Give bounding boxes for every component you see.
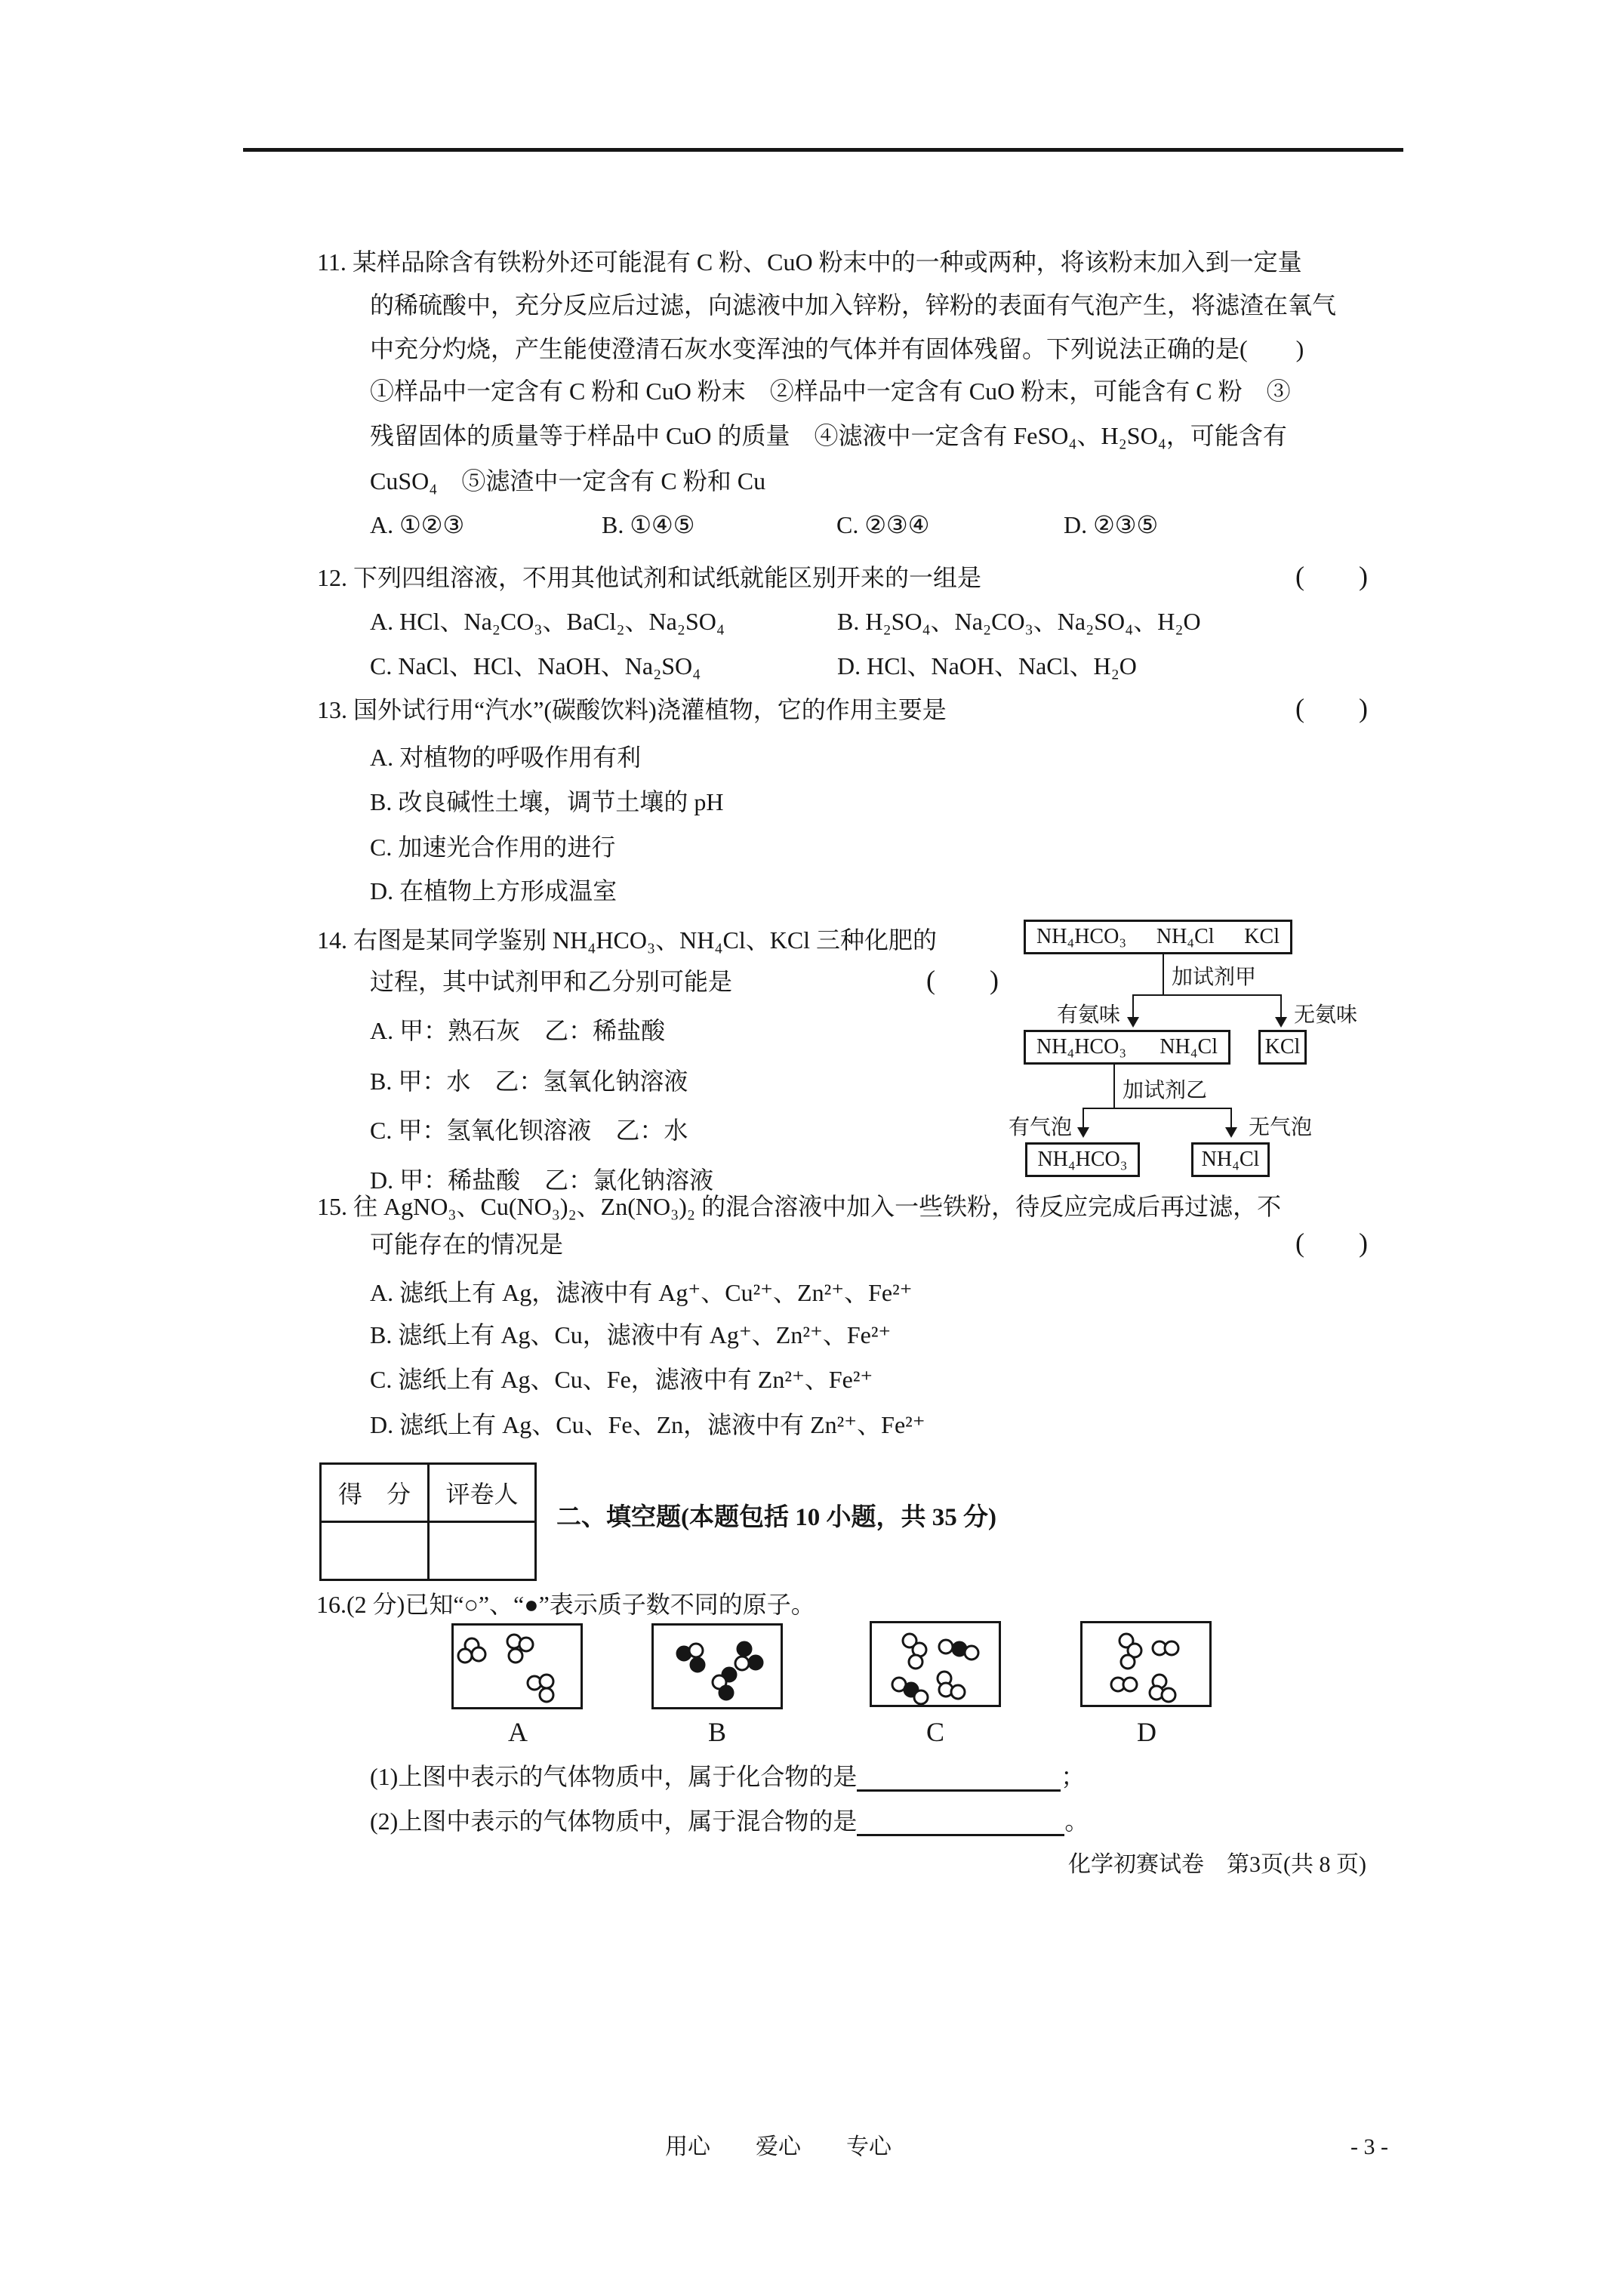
flowchart-top-formula-nh4cl: NH₄Cl [1156, 925, 1215, 949]
flowchart-branch1-left-arrow [1127, 1017, 1139, 1028]
q16-fill1-line: (1)上图中表示的气体物质中，属于化合物的是； [370, 1761, 1085, 1792]
flowchart-top-formula-kcl: KCl [1244, 925, 1280, 949]
q13-option-c: C. 加速光合作用的进行 [370, 832, 615, 862]
q16-diagram-box-b [651, 1623, 783, 1709]
flowchart-branch2-left-line [1083, 1109, 1084, 1129]
q13-option-b: B. 改良碱性土壤，调节土壤的 pH [370, 787, 723, 817]
flowchart-branch2-left-arrow [1077, 1127, 1089, 1138]
flowchart-mid-left-box: NH₄HCO₃ NH₄Cl [1024, 1030, 1230, 1065]
flowchart-mid-right-box: KCl [1258, 1030, 1307, 1065]
score-table-header-score: 得 分 [321, 1464, 429, 1522]
q16-diagram-label-a: A [508, 1716, 528, 1748]
flowchart-mid-formula-nh4hco3: NH₄HCO₃ [1036, 1035, 1126, 1059]
flowchart-label-reagent2: 加试剂乙 [1123, 1074, 1207, 1104]
q16-fill1-punct: ； [1061, 1763, 1085, 1790]
q15-stem-line1: 15. 往 AgNO₃、Cu(NO₃)₂、Zn(NO₃)₂ 的混合溶液中加入一些… [317, 1191, 1281, 1222]
flowchart-label-no-ammonia: 无氨味 [1294, 998, 1357, 1028]
q11-statement-line3: CuSO₄ ⑤滤渣中一定含有 C 粉和 Cu [370, 466, 765, 496]
section2-heading: 二、填空题(本题包括 10 小题，共 35 分) [556, 1502, 996, 1533]
q13-option-a: A. 对植物的呼吸作用有利 [370, 742, 641, 772]
score-table: 得 分 评卷人 [319, 1462, 537, 1581]
flowchart-branch2-right-arrow [1225, 1127, 1237, 1138]
flowchart-branch1-right-arrow [1275, 1017, 1287, 1028]
q14-option-c: C. 甲：氢氧化钡溶液 乙：水 [370, 1115, 688, 1145]
q11-statement-line1: ①样品中一定含有 C 粉和 CuO 粉末 ②样品中一定含有 CuO 粉末，可能含… [370, 376, 1291, 406]
q13-stem: 13. 国外试行用“汽水”(碳酸饮料)浇灌植物，它的作用主要是 [317, 695, 947, 725]
q11-option-b: B. ①④⑤ [602, 510, 694, 540]
flowchart-label-no-bubbles: 无气泡 [1249, 1111, 1312, 1141]
q15-option-a: A. 滤纸上有 Ag，滤液中有 Ag⁺、Cu²⁺、Zn²⁺、Fe²⁺ [370, 1277, 913, 1308]
q11-option-c: C. ②③④ [836, 510, 929, 540]
q16-diagram-label-d: D [1137, 1716, 1156, 1748]
footer-motto: 用心 爱心 专心 [665, 2132, 892, 2162]
q16-diagram-box-d [1080, 1621, 1212, 1707]
q14-option-a: A. 甲：熟石灰 乙：稀盐酸 [370, 1015, 665, 1046]
flowchart-branch1-right-line [1280, 996, 1282, 1019]
flowchart-top-box: NH₄HCO₃ NH₄Cl KCl [1024, 920, 1292, 954]
q14-flowchart: NH₄HCO₃ NH₄Cl KCl 加试剂甲 有氨味 无氨味 NH₄HCO₃ N… [1024, 920, 1326, 1180]
flowchart-label-reagent1: 加试剂甲 [1172, 960, 1256, 991]
q14-option-d: D. 甲：稀盐酸 乙：氯化钠溶液 [370, 1165, 713, 1195]
exam-page: 11. 某样品除含有铁粉外还可能混有 C 粉、CuO 粉末中的一种或两种，将该粉… [0, 0, 1623, 2296]
q12-stem: 12. 下列四组溶液，不用其他试剂和试纸就能区别开来的一组是 [317, 562, 981, 593]
q11-stem-line3: 中充分灼烧，产生能使澄清石灰水变浑浊的气体并有固体残留。下列说法正确的是( ) [370, 334, 1304, 364]
q16-fill2-punct: 。 [1064, 1808, 1089, 1835]
q11-option-a: A. ①②③ [370, 510, 464, 540]
q11-stem-line2: 的稀硫酸中，充分反应后过滤，向滤液中加入锌粉，锌粉的表面有气泡产生，将滤渣在氧气 [370, 290, 1336, 320]
q11-stem-line1: 11. 某样品除含有铁粉外还可能混有 C 粉、CuO 粉末中的一种或两种，将该粉… [317, 247, 1302, 277]
flowchart-split-line2 [1083, 1108, 1232, 1109]
q14-option-b: B. 甲：水 乙：氢氧化钠溶液 [370, 1066, 688, 1096]
q16-diagram-box-a [451, 1623, 583, 1709]
score-table-cell-grader [429, 1522, 536, 1580]
q11-statement-line2: 残留固体的质量等于样品中 CuO 的质量 ④滤液中一定含有 FeSO₄、H₂SO… [370, 421, 1287, 451]
flowchart-label-has-bubbles: 有气泡 [1009, 1111, 1072, 1141]
q16-fill2-text: (2)上图中表示的气体物质中，属于混合物的是 [370, 1808, 857, 1835]
score-table-header-grader: 评卷人 [429, 1464, 536, 1522]
q16-intro: 16.(2 分)已知“○”、“●”表示质子数不同的原子。 [316, 1589, 815, 1620]
q16-diagram-box-c [870, 1621, 1001, 1707]
q14-stem-line2: 过程，其中试剂甲和乙分别可能是 [370, 966, 732, 997]
q12-option-a: A. HCl、Na₂CO₃、BaCl₂、Na₂SO₄ [370, 606, 725, 636]
q16-fill2-blank [857, 1807, 1064, 1836]
flowchart-connector2 [1113, 1065, 1115, 1108]
page-label: 化学初赛试卷 第3页(共 8 页) [1068, 1850, 1366, 1880]
flowchart-connector [1163, 954, 1164, 994]
footer-page-number: - 3 - [1350, 2132, 1388, 2162]
flowchart-branch1-left-line [1132, 996, 1134, 1019]
flowchart-bottom-right-box: NH₄Cl [1191, 1142, 1270, 1177]
q14-answer-paren: ( ) [926, 965, 999, 995]
q16-fill2-line: (2)上图中表示的气体物质中，属于混合物的是。 [370, 1806, 1089, 1836]
q16-diagram-label-c: C [926, 1716, 944, 1748]
header-rule [243, 148, 1403, 152]
q15-option-c: C. 滤纸上有 Ag、Cu、Fe，滤液中有 Zn²⁺、Fe²⁺ [370, 1364, 873, 1395]
flowchart-split-line1 [1132, 994, 1282, 996]
q12-option-c: C. NaCl、HCl、NaOH、Na₂SO₄ [370, 651, 701, 681]
q12-option-d: D. HCl、NaOH、NaCl、H₂O [837, 651, 1137, 681]
flowchart-top-formula-nh4hco3: NH₄HCO₃ [1036, 925, 1126, 949]
q11-option-d: D. ②③⑤ [1064, 510, 1158, 540]
q15-answer-paren: ( ) [1295, 1228, 1368, 1258]
q15-option-b: B. 滤纸上有 Ag、Cu，滤液中有 Ag⁺、Zn²⁺、Fe²⁺ [370, 1320, 891, 1350]
q16-diagram-label-b: B [708, 1716, 726, 1748]
flowchart-branch2-right-line [1230, 1109, 1232, 1129]
q16-fill1-blank [857, 1762, 1061, 1792]
flowchart-label-has-ammonia: 有氨味 [1057, 998, 1120, 1028]
q15-stem-line2: 可能存在的情况是 [370, 1229, 563, 1259]
flowchart-bottom-left-box: NH₄HCO₃ [1025, 1142, 1140, 1177]
q12-option-b: B. H₂SO₄、Na₂CO₃、Na₂SO₄、H₂O [837, 606, 1201, 636]
q14-stem-line1: 14. 右图是某同学鉴别 NH₄HCO₃、NH₄Cl、KCl 三种化肥的 [317, 925, 937, 955]
q15-option-d: D. 滤纸上有 Ag、Cu、Fe、Zn，滤液中有 Zn²⁺、Fe²⁺ [370, 1410, 925, 1440]
q13-answer-paren: ( ) [1295, 693, 1368, 723]
score-table-cell-score [321, 1522, 429, 1580]
q16-fill1-text: (1)上图中表示的气体物质中，属于化合物的是 [370, 1763, 857, 1790]
q13-option-d: D. 在植物上方形成温室 [370, 876, 617, 906]
q12-answer-paren: ( ) [1295, 561, 1368, 591]
flowchart-mid-formula-nh4cl: NH₄Cl [1160, 1035, 1218, 1059]
